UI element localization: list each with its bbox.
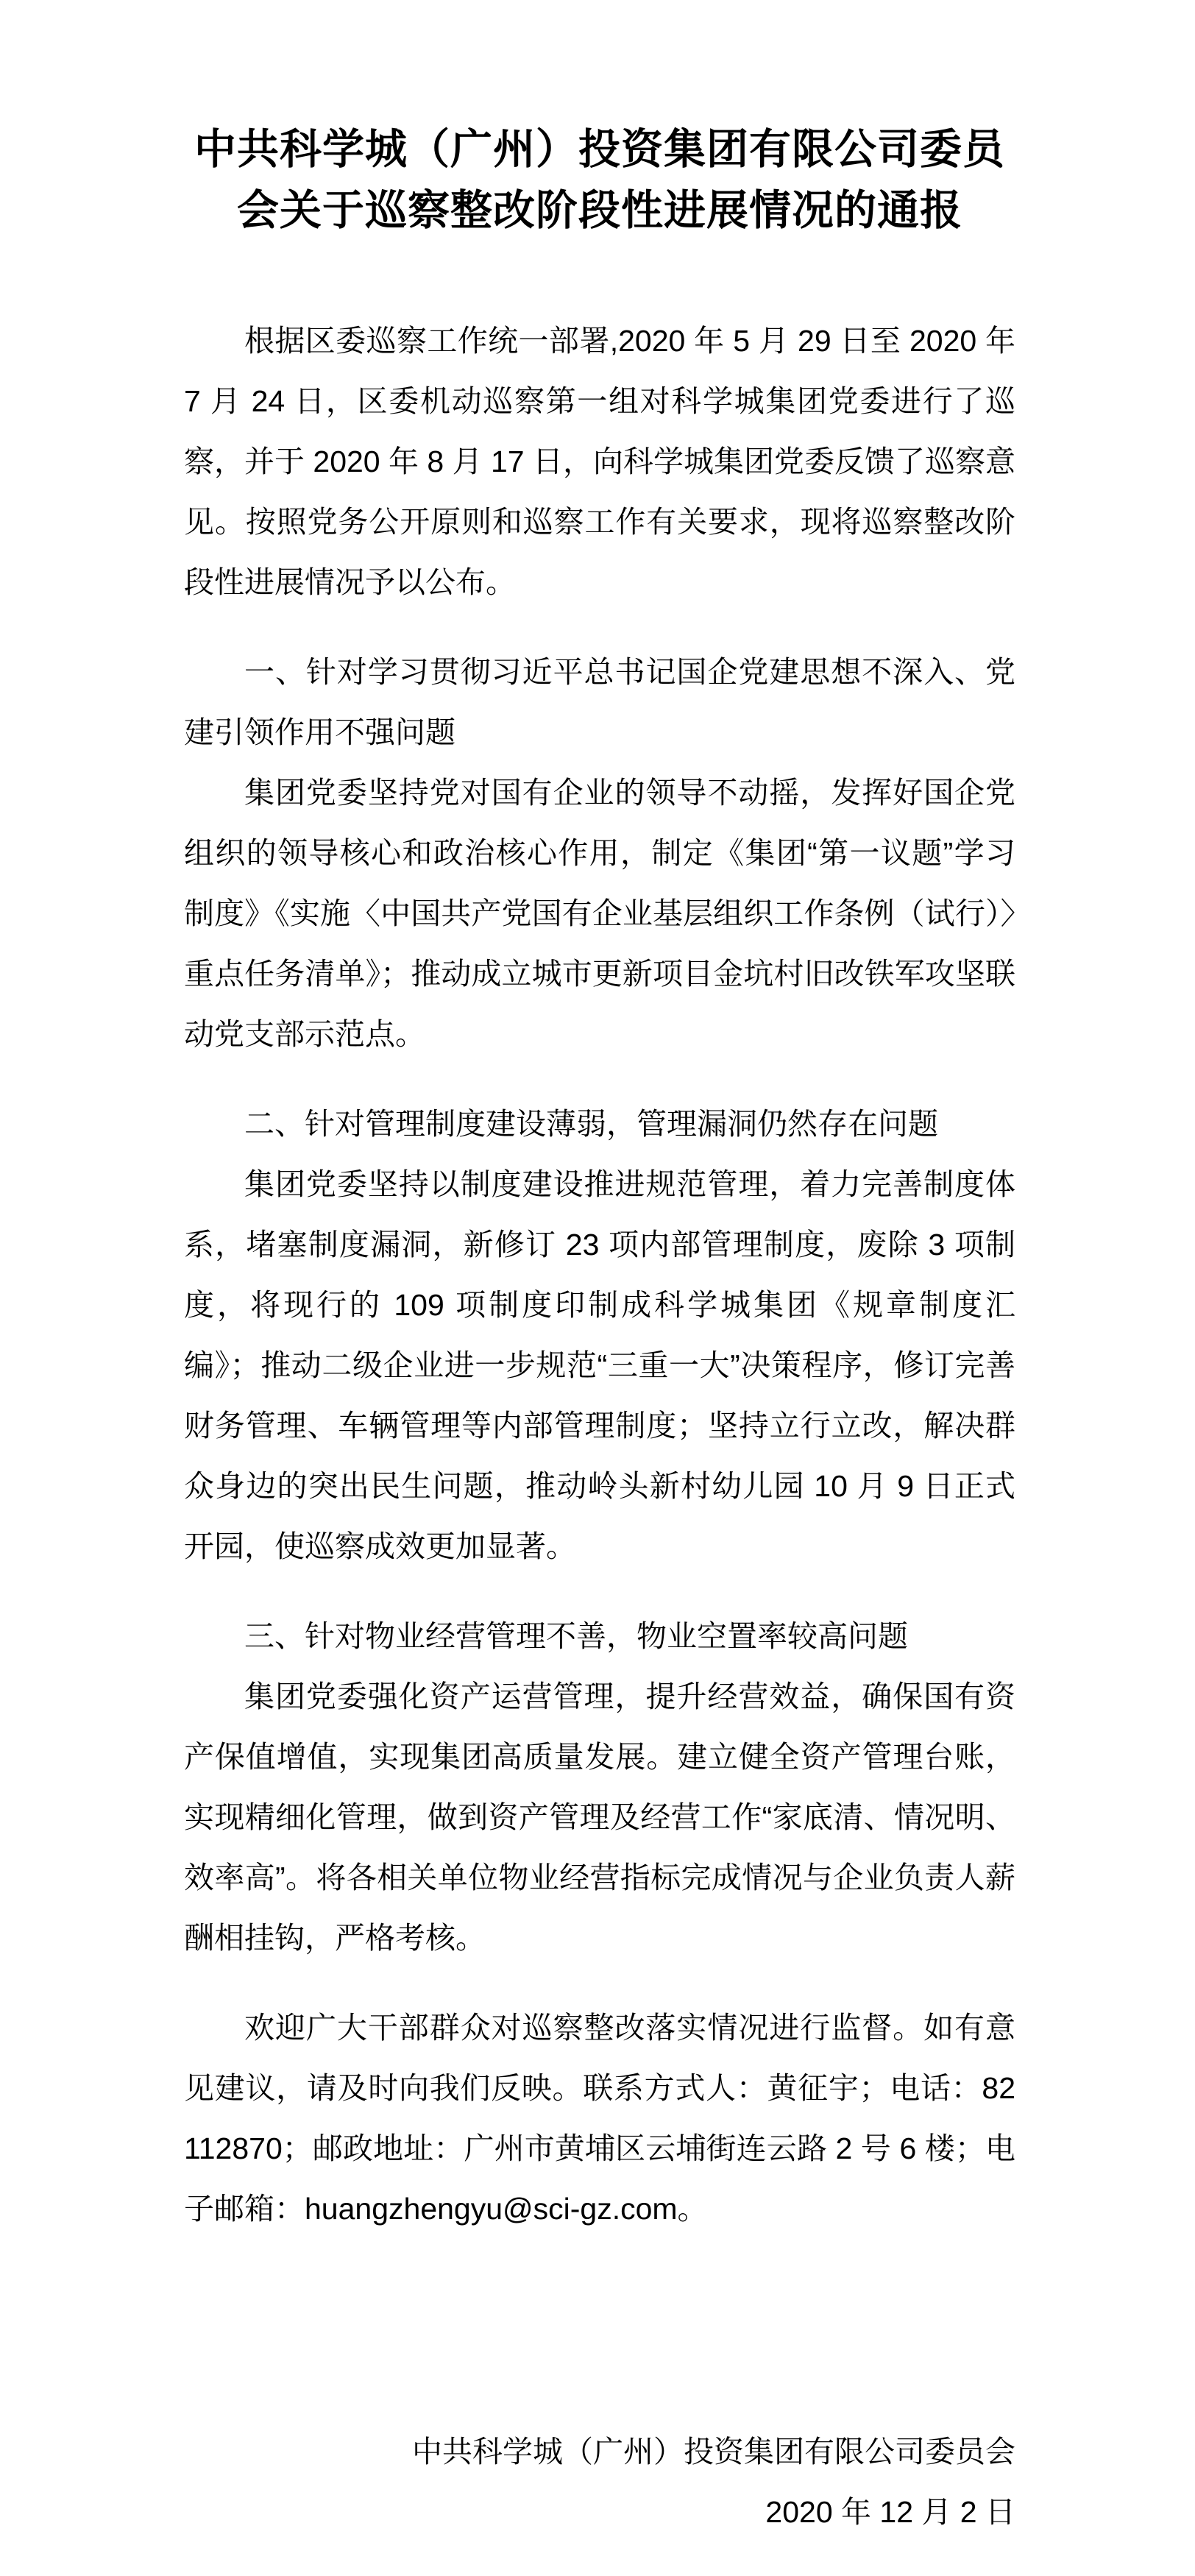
paragraph-section-1: 集团党委坚持党对国有企业的领导不动摇，发挥好国企党组织的领导核心和政治核心作用，… <box>184 762 1015 1064</box>
signature-committee: 中共科学城（广州）投资集团有限公司委员会 <box>184 2421 1015 2482</box>
section-heading-2: 二、针对管理制度建设薄弱，管理漏洞仍然存在问题 <box>184 1094 1015 1154</box>
paragraph-contact: 欢迎广大干部群众对巡察整改落实情况进行监督。如有意见建议，请及时向我们反映。联系… <box>184 1998 1015 2239</box>
paragraph-section-2: 集团党委坚持以制度建设推进规范管理，着力完善制度体系，堵塞制度漏洞，新修订 23… <box>184 1154 1015 1577</box>
document-page: 中共科学城（广州）投资集团有限公司委员 会关于巡察整改阶段性进展情况的通报 根据… <box>0 0 1195 2576</box>
paragraph-section-3: 集团党委强化资产运营管理，提升经营效益，确保国有资产保值增值，实现集团高质量发展… <box>184 1666 1015 1968</box>
paragraph-intro: 根据区委巡察工作统一部署,2020 年 5 月 29 日至 2020 年 7 月… <box>184 311 1015 612</box>
signature-date: 2020 年 12 月 2 日 <box>184 2482 1015 2542</box>
document-title: 中共科学城（广州）投资集团有限公司委员 会关于巡察整改阶段性进展情况的通报 <box>184 119 1015 241</box>
document-title-line-1: 中共科学城（广州）投资集团有限公司委员 <box>184 119 1015 180</box>
document-title-line-2: 会关于巡察整改阶段性进展情况的通报 <box>184 180 1015 241</box>
section-heading-1: 一、针对学习贯彻习近平总书记国企党建思想不深入、党建引领作用不强问题 <box>184 642 1015 762</box>
section-heading-3: 三、针对物业经营管理不善，物业空置率较高问题 <box>184 1606 1015 1666</box>
